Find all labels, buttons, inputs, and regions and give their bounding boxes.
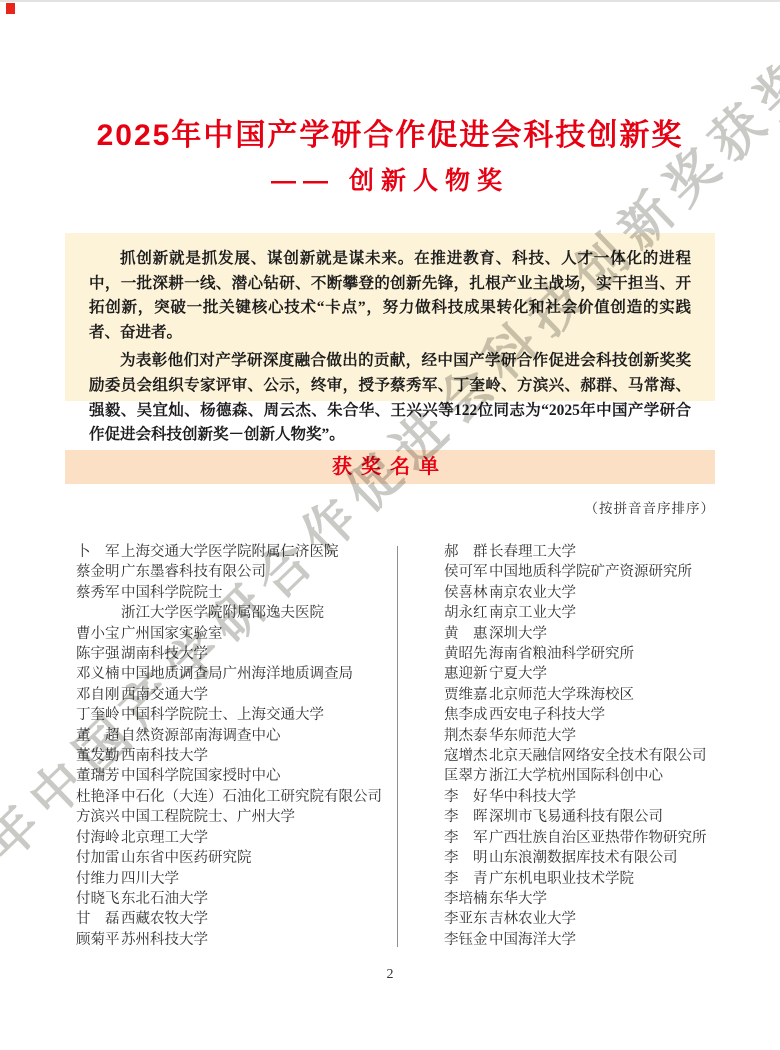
awardee-organization: 上海交通大学医学院附属仁济医院	[121, 542, 392, 562]
awardee-name: 杜艳泽	[76, 787, 121, 807]
awardee-name: 李亚东	[444, 909, 489, 929]
page-subtitle: —— 创新人物奖	[0, 161, 780, 197]
awardee-organization: 浙江大学杭州国际科创中心	[489, 766, 724, 786]
list-item: 焦李成西安电子科技大学	[444, 705, 724, 725]
list-item: 董 超自然资源部南海调查中心	[76, 726, 392, 746]
list-item: 曹小宝广州国家实验室	[76, 624, 392, 644]
awardee-name: 荆杰泰	[444, 726, 489, 746]
list-item: 李 青广东机电职业技术学院	[444, 869, 724, 889]
awardee-name: 侯喜林	[444, 583, 489, 603]
awardee-name: 陈宇强	[76, 644, 121, 664]
awardee-organization: 中国工程院院士、广州大学	[121, 807, 392, 827]
awardee-name: 贾维嘉	[444, 685, 489, 705]
list-item: 黄 惠深圳大学	[444, 624, 724, 644]
awardee-name: 付加雷	[76, 848, 121, 868]
awardee-organization: 山东浪潮数据库技术有限公司	[489, 848, 724, 868]
list-item: 李 晖深圳市飞易通科技有限公司	[444, 807, 724, 827]
awardee-name: 李 明	[444, 848, 489, 868]
intro-box: 抓创新就是抓发展、谋创新就是谋未来。在推进教育、科技、人才一体化的进程中，一批深…	[65, 233, 715, 401]
list-item: 卜 军上海交通大学医学院附属仁济医院	[76, 542, 392, 562]
award-list-header-bar: 获奖名单	[65, 450, 715, 484]
awardee-organization: 海南省粮油科学研究所	[489, 644, 724, 664]
list-item: 陈宇强湖南科技大学	[76, 644, 392, 664]
awardee-organization: 西南科技大学	[121, 746, 392, 766]
awardee-name: 匡翠方	[444, 766, 489, 786]
awardee-organization: 中国地质调查局广州海洋地质调查局	[121, 664, 392, 684]
awardee-name: 李钰金	[444, 930, 489, 950]
awardee-organization: 西藏农牧大学	[121, 909, 392, 929]
awardee-organization: 长春理工大学	[489, 542, 724, 562]
list-item: 李培楠东华大学	[444, 889, 724, 909]
list-item: 李 好华中科技大学	[444, 787, 724, 807]
awardee-name: 丁奎岭	[76, 705, 121, 725]
list-item: 胡永红南京工业大学	[444, 603, 724, 623]
list-item: 侯可军中国地质科学院矿产资源研究所	[444, 562, 724, 582]
list-item: 付海岭北京理工大学	[76, 828, 392, 848]
list-item: 侯喜林南京农业大学	[444, 583, 724, 603]
awardee-organization: 华东师范大学	[489, 726, 724, 746]
awardee-organization: 山东省中医药研究院	[121, 848, 392, 868]
page-number: 2	[0, 967, 780, 983]
awardee-organization: 中国科学院院士 浙江大学医学院附属邵逸夫医院	[121, 583, 392, 624]
column-divider	[397, 546, 398, 947]
awardee-organization: 中国地质科学院矿产资源研究所	[489, 562, 724, 582]
awardee-organization: 北京理工大学	[121, 828, 392, 848]
list-item: 郝 群长春理工大学	[444, 542, 724, 562]
awardee-organization: 东华大学	[489, 889, 724, 909]
awardee-name: 付晓飞	[76, 889, 121, 909]
list-item: 匡翠方浙江大学杭州国际科创中心	[444, 766, 724, 786]
awardee-name: 曹小宝	[76, 624, 121, 644]
award-list-header-label: 获奖名单	[332, 456, 448, 478]
list-item: 寇增杰北京天融信网络安全技术有限公司	[444, 746, 724, 766]
list-item: 李 明山东浪潮数据库技术有限公司	[444, 848, 724, 868]
awardee-name: 蔡秀军	[76, 583, 121, 624]
awardee-organization: 湖南科技大学	[121, 644, 392, 664]
page-title: 2025年中国产学研合作促进会科技创新奖	[0, 110, 780, 154]
awardee-name: 黄昭先	[444, 644, 489, 664]
awardee-organization: 华中科技大学	[489, 787, 724, 807]
awardee-organization: 四川大学	[121, 869, 392, 889]
awardee-name: 邓自刚	[76, 685, 121, 705]
awardee-name: 卜 军	[76, 542, 121, 562]
list-item: 甘 磊西藏农牧大学	[76, 909, 392, 929]
list-item: 顾菊平苏州科技大学	[76, 930, 392, 950]
awardee-name: 胡永红	[444, 603, 489, 623]
list-item: 方滨兴中国工程院院士、广州大学	[76, 807, 392, 827]
awardee-name: 郝 群	[444, 542, 489, 562]
list-item: 邓自刚西南交通大学	[76, 685, 392, 705]
list-item: 董瑞芳中国科学院国家授时中心	[76, 766, 392, 786]
awardee-organization: 深圳大学	[489, 624, 724, 644]
list-item: 李 军广西壮族自治区亚热带作物研究所	[444, 828, 724, 848]
awardee-name: 惠迎新	[444, 664, 489, 684]
list-item: 丁奎岭中国科学院院士、上海交通大学	[76, 705, 392, 725]
awardee-organization: 吉林农业大学	[489, 909, 724, 929]
awardee-organization: 北京师范大学珠海校区	[489, 685, 724, 705]
list-item: 付加雷山东省中医药研究院	[76, 848, 392, 868]
intro-paragraph-1: 抓创新就是抓发展、谋创新就是谋未来。在推进教育、科技、人才一体化的进程中，一批深…	[89, 247, 691, 345]
awardee-name: 侯可军	[444, 562, 489, 582]
awardee-organization: 广东墨睿科技有限公司	[121, 562, 392, 582]
list-item: 付维力四川大学	[76, 869, 392, 889]
awardee-organization: 中石化（大连）石油化工研究院有限公司	[121, 787, 392, 807]
list-item: 董发勤西南科技大学	[76, 746, 392, 766]
awardee-organization: 北京天融信网络安全技术有限公司	[489, 746, 724, 766]
awardee-organization: 南京农业大学	[489, 583, 724, 603]
list-item: 杜艳泽中石化（大连）石油化工研究院有限公司	[76, 787, 392, 807]
awardee-name: 李 军	[444, 828, 489, 848]
list-item: 荆杰泰华东师范大学	[444, 726, 724, 746]
awardee-organization: 广东机电职业技术学院	[489, 869, 724, 889]
list-item: 蔡秀军中国科学院院士 浙江大学医学院附属邵逸夫医院	[76, 583, 392, 624]
page-top-edge	[0, 0, 780, 2]
list-item: 付晓飞东北石油大学	[76, 889, 392, 909]
list-item: 蔡金明广东墨睿科技有限公司	[76, 562, 392, 582]
awardee-organization: 南京工业大学	[489, 603, 724, 623]
awardee-name: 董瑞芳	[76, 766, 121, 786]
awardee-name: 黄 惠	[444, 624, 489, 644]
awardee-name: 李 好	[444, 787, 489, 807]
awardee-name: 寇增杰	[444, 746, 489, 766]
intro-paragraph-2: 为表彰他们对产学研深度融合做出的贡献，经中国产学研合作促进会科技创新奖奖励委员会…	[89, 349, 691, 447]
list-item: 贾维嘉北京师范大学珠海校区	[444, 685, 724, 705]
awardee-name: 李培楠	[444, 889, 489, 909]
awardee-organization: 中国科学院院士、上海交通大学	[121, 705, 392, 725]
list-item: 邓义楠中国地质调查局广州海洋地质调查局	[76, 664, 392, 684]
list-item: 惠迎新宁夏大学	[444, 664, 724, 684]
awardee-name: 顾菊平	[76, 930, 121, 950]
awardee-organization: 自然资源部南海调查中心	[121, 726, 392, 746]
awardee-organization: 西安电子科技大学	[489, 705, 724, 725]
awardee-organization: 深圳市飞易通科技有限公司	[489, 807, 724, 827]
awardee-name: 付维力	[76, 869, 121, 889]
awardee-organization: 中国海洋大学	[489, 930, 724, 950]
awardee-name: 李 青	[444, 869, 489, 889]
awardee-name: 甘 磊	[76, 909, 121, 929]
awardee-organization: 广西壮族自治区亚热带作物研究所	[489, 828, 724, 848]
awardee-organization: 西南交通大学	[121, 685, 392, 705]
corner-red-mark	[6, 3, 15, 14]
awardee-column-right: 郝 群长春理工大学侯可军中国地质科学院矿产资源研究所侯喜林南京农业大学胡永红南京…	[444, 542, 724, 950]
awardee-name: 董发勤	[76, 746, 121, 766]
awardee-name: 蔡金明	[76, 562, 121, 582]
list-item: 黄昭先海南省粮油科学研究所	[444, 644, 724, 664]
sort-order-note: （按拼音音序排序）	[585, 497, 716, 517]
awardee-organization: 广州国家实验室	[121, 624, 392, 644]
awardee-column-left: 卜 军上海交通大学医学院附属仁济医院蔡金明广东墨睿科技有限公司蔡秀军中国科学院院…	[76, 542, 392, 950]
awardee-name: 李 晖	[444, 807, 489, 827]
list-item: 李钰金中国海洋大学	[444, 930, 724, 950]
list-item: 李亚东吉林农业大学	[444, 909, 724, 929]
awardee-name: 董 超	[76, 726, 121, 746]
awardee-name: 邓义楠	[76, 664, 121, 684]
awardee-organization: 中国科学院国家授时中心	[121, 766, 392, 786]
awardee-name: 付海岭	[76, 828, 121, 848]
awardee-organization: 宁夏大学	[489, 664, 724, 684]
awardee-organization: 苏州科技大学	[121, 930, 392, 950]
awardee-organization: 东北石油大学	[121, 889, 392, 909]
awardee-name: 焦李成	[444, 705, 489, 725]
awardee-name: 方滨兴	[76, 807, 121, 827]
